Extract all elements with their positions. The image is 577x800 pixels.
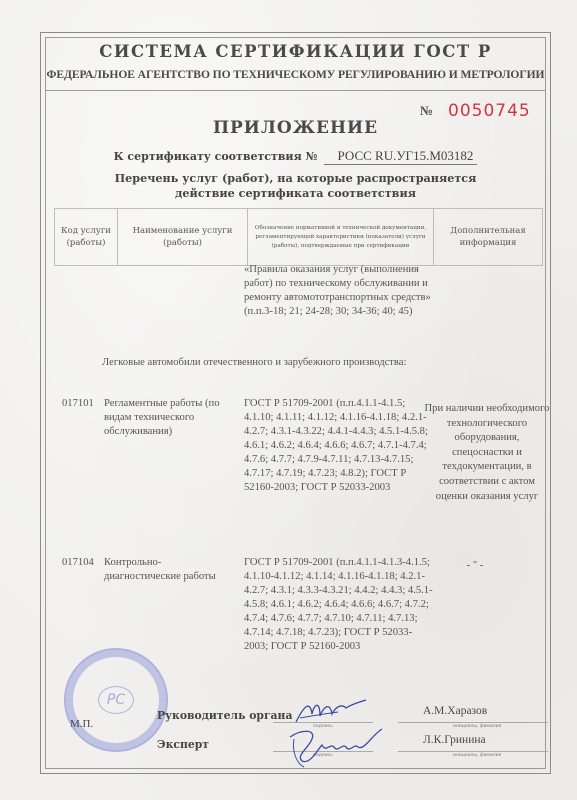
seal-place-label: М.П. [70, 718, 93, 730]
certificate-reference: К сертификату соответствия №РОСС RU.УГ15… [45, 148, 546, 165]
rosstandart-logo-icon: РС [98, 686, 134, 714]
certificate-label: К сертификату соответствия № [114, 150, 318, 163]
head-name: А.М.Харазов [423, 705, 487, 717]
column-header-code: Код услуги (работы) [55, 209, 118, 266]
head-initials-caption: инициалы, фамилия [453, 724, 501, 729]
row-1-code: 017101 [62, 397, 94, 411]
expert-name-line [398, 751, 548, 752]
column-header-documents: Обозначение нормативной и технической до… [248, 209, 434, 266]
head-name-line [398, 722, 548, 723]
expert-signature-icon [282, 725, 392, 770]
number-label: № [420, 103, 433, 119]
services-table-header: Код услуги (работы) Наименование услуги … [54, 208, 543, 266]
system-title: СИСТЕМА СЕРТИФИКАЦИИ ГОСТ Р [45, 42, 546, 61]
list-title-line2: действие сертификата соответствия [45, 186, 546, 201]
expert-label: Эксперт [157, 738, 209, 751]
appendix-title: ПРИЛОЖЕНИЕ [45, 118, 546, 138]
row-1-documents: ГОСТ Р 51709-2001 (п.п.4.1.1-4.1.5; 4.1.… [244, 397, 436, 495]
row-2-name: Контрольно-диагностические работы [104, 556, 234, 584]
row-2-additional-info: - " - [455, 559, 495, 573]
column-header-additional-info: Дополнительная информация [434, 209, 543, 266]
row-1-name: Регламентные работы (по видам техническо… [104, 397, 234, 439]
row-2-documents: ГОСТ Р 51709-2001 (п.п.4.1.1-4.1.3-4.1.5… [244, 556, 436, 654]
header-divider [45, 90, 546, 91]
list-title-line1: Перечень услуг (работ), на которые распр… [45, 171, 546, 186]
section-heading: Легковые автомобили отечественного и зар… [102, 356, 406, 370]
row-2-code: 017104 [62, 556, 94, 570]
expert-name: Л.К.Гринина [423, 734, 486, 746]
list-title: Перечень услуг (работ), на которые распр… [45, 171, 546, 201]
official-seal-stamp: РС [64, 648, 168, 752]
agency-name: ФЕДЕРАЛЬНОЕ АГЕНТСТВО ПО ТЕХНИЧЕСКОМУ РЕ… [45, 68, 546, 81]
expert-initials-caption: инициалы, фамилия [453, 753, 501, 758]
head-of-body-label: Руководитель органа [157, 709, 292, 722]
row-1-additional-info: При наличии необходимого технологическог… [424, 402, 550, 504]
general-standard: «Правила оказания услуг (выполнения рабо… [244, 263, 439, 319]
certificate-number: РОСС RU.УГ15.М03182 [324, 148, 478, 165]
column-header-name: Наименование услуги (работы) [118, 209, 248, 266]
